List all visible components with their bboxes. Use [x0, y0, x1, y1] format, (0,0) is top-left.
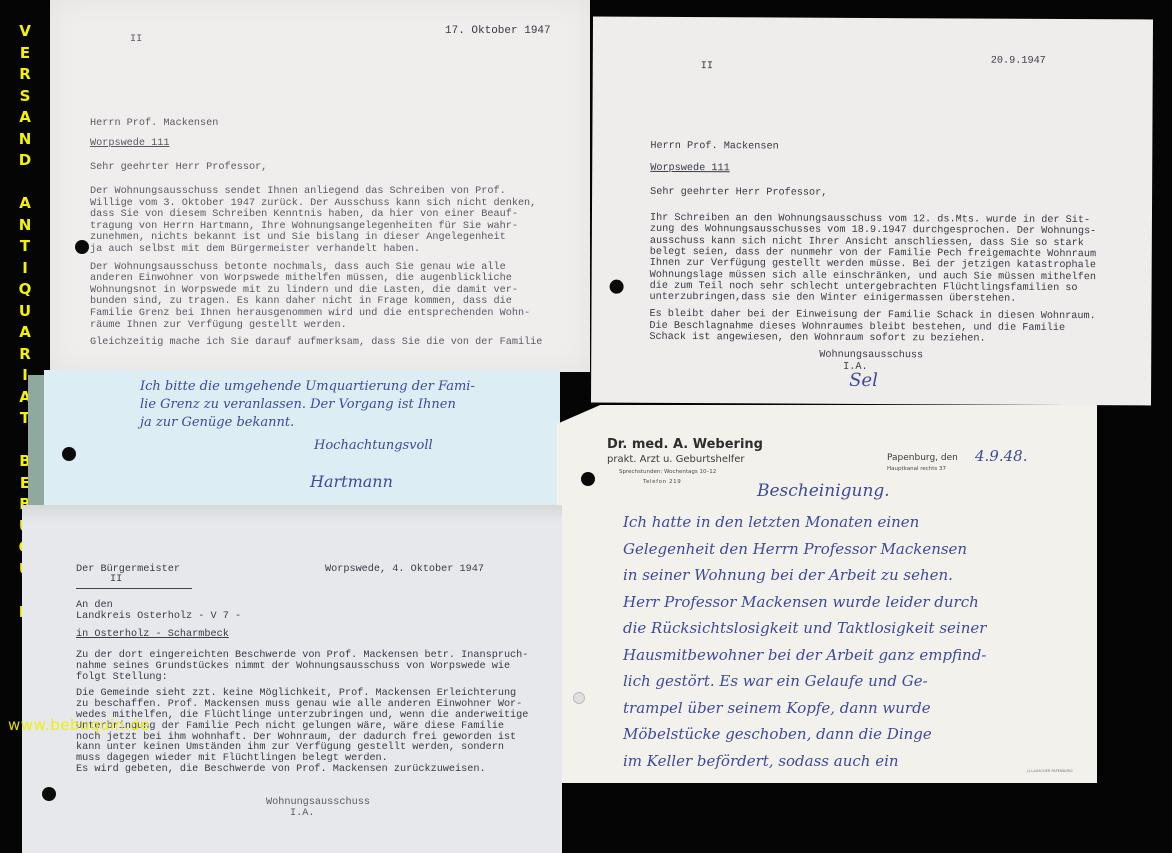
watermark-letter: I [18, 261, 32, 276]
watermark-letter: T [18, 239, 32, 254]
text-line: folgt Stellung: [76, 672, 168, 684]
doctor-certificate: Dr. med. A. Webering prakt. Arzt u. Gebu… [557, 405, 1097, 783]
text-line: Der Wohnungsausschuss betonte nochmals, … [90, 262, 506, 274]
text-line: zunehmen, nichts bekannt ist und Sie bis… [90, 232, 506, 244]
letter-heading: Bescheinigung. [757, 481, 890, 501]
handwriting-line: Ich bitte die umgehende Umquartierung de… [140, 378, 475, 396]
watermark-letter: V [18, 24, 32, 39]
handwriting-line: Herr Professor Mackensen wurde leider du… [623, 589, 986, 616]
letter-20-9-1947: II 20.9.1947 Herrn Prof. Mackensen Worps… [591, 17, 1153, 406]
punch-hole [42, 787, 56, 801]
note-signature: Hartmann [310, 472, 393, 491]
doc1-date: 17. Oktober 1947 [445, 26, 551, 38]
text-line: Willige vom 3. Oktober 1947 zurück. Der … [90, 198, 536, 210]
doc1-address: Worpswede 111 [90, 138, 169, 150]
doc5-to-label: An den [76, 600, 113, 612]
handwriting-line: ja zur Genüge bekannt. [140, 414, 475, 432]
doc2-address: Worpswede 111 [650, 163, 730, 175]
punch-hole-empty [573, 692, 585, 704]
doc2-signature-1: Wohnungsausschuss [819, 350, 923, 362]
watermark-letter: Q [18, 282, 32, 297]
handwriting-line: lich gestört. Es war ein Gelaufe und Ge- [623, 668, 986, 695]
letterhead-name: Dr. med. A. Webering [607, 437, 763, 452]
watermark-letter: R [18, 67, 32, 82]
watermark-letter: R [18, 347, 32, 362]
letterhead-place: Papenburg, den [887, 453, 958, 463]
handwriting-line: Gelegenheit den Herrn Professor Mackense… [623, 536, 986, 563]
text-line: dass Sie von diesem Schreiben Kenntnis h… [90, 209, 518, 221]
letter-17-oktober-1947: II 17. Oktober 1947 Herrn Prof. Mackense… [50, 0, 590, 372]
letter-date: 4.9.48. [975, 447, 1027, 465]
doc2-recipient: Herrn Prof. Mackensen [650, 141, 778, 153]
letter-4-oktober-1947: Der Bürgermeister II Worpswede, 4. Oktob… [22, 505, 562, 853]
note-handwriting: Ich bitte die umgehende Umquartierung de… [140, 378, 475, 432]
doc5-sender: Der Bürgermeister [76, 564, 180, 576]
doc5-signature-1: Wohnungsausschuss [266, 797, 370, 809]
watermark-letter: N [18, 218, 32, 233]
watermark-url: www.bebuquin.de [8, 716, 150, 734]
watermark-letter: A [18, 196, 32, 211]
punch-hole [610, 280, 624, 294]
text-line: ja auch selbst mit dem Bürgermeister ver… [90, 244, 420, 256]
doc2-salutation: Sehr geehrter Herr Professor, [650, 187, 827, 200]
text-line: Der Wohnungsausschuss sendet Ihnen anlie… [90, 186, 506, 198]
watermark-letter: D [18, 153, 32, 168]
doc5-place-date: Worpswede, 4. Oktober 1947 [325, 564, 484, 576]
letterhead-phone: Telefon 219 [643, 479, 681, 485]
text-line: räume Ihnen zur Verfügung gestellt werde… [90, 320, 347, 332]
doc5-to-name: Landkreis Osterholz - V 7 - [76, 611, 241, 623]
handwriting-line: lie Grenz zu veranlassen. Der Vorgang is… [140, 396, 475, 414]
text-line: Gleichzeitig mache ich Sie darauf aufmer… [90, 337, 542, 349]
letterhead-hours: Sprechstunden: Wochentags 10–12 [619, 469, 716, 475]
printer-mark: J.J.LAUSCHER PAPENBURG [1027, 769, 1073, 773]
doc2-ref: II [701, 61, 713, 73]
doc1-recipient: Herrn Prof. Mackensen [90, 118, 218, 130]
doc1-salutation: Sehr geehrter Herr Professor, [90, 162, 267, 174]
watermark-letter: E [18, 46, 32, 61]
text-line: anderen Einwohner von Worpswede mithelfe… [90, 273, 512, 285]
letter-handwriting: Ich hatte in den letzten Monaten einenGe… [623, 509, 986, 774]
punch-hole [75, 240, 89, 254]
doc2-initials: Sel [849, 370, 878, 391]
doc5-to-city: in Osterholz - Scharmbeck [76, 629, 229, 641]
letterhead-street: Hauptkanal rechts 37 [887, 466, 946, 472]
doc2-date: 20.9.1947 [991, 56, 1046, 68]
doc1-ref: II [130, 34, 142, 46]
watermark-letter: S [18, 89, 32, 104]
handwriting-line: Ich hatte in den letzten Monaten einen [623, 509, 986, 536]
text-line: bunden sind, zu tragen. Es kann daher ni… [90, 296, 512, 308]
handwriting-line: Möbelstücke geschoben, dann die Dinge [623, 721, 986, 748]
sender-underline [76, 588, 192, 589]
watermark-letter: A [18, 325, 32, 340]
doc5-signature-2: I.A. [290, 808, 314, 820]
handwritten-note: Ich bitte die umgehende Umquartierung de… [44, 370, 560, 515]
handwriting-line: Hausmitbewohner bei der Arbeit ganz empf… [623, 642, 986, 669]
handwriting-line: in seiner Wohnung bei der Arbeit zu sehe… [623, 562, 986, 589]
watermark-letter: N [18, 132, 32, 147]
punch-hole [62, 447, 76, 461]
watermark-letter: U [18, 304, 32, 319]
text-line: Es wird gebeten, die Beschwerde von Prof… [76, 764, 486, 776]
punch-hole [581, 472, 595, 486]
text-line: Familie Grenz bei Ihnen herausgenommen w… [90, 308, 530, 320]
letterhead-title: prakt. Arzt u. Geburtshelfer [607, 454, 745, 465]
text-line: Wohnungsnot in Worpswede mit zu lindern … [90, 285, 518, 297]
paper-fold [22, 505, 562, 523]
doc5-ref: II [110, 574, 122, 586]
text-line: tragung von Herrn Hartmann, Ihre Wohnung… [90, 221, 518, 233]
text-line: unterzubringen,dass sie den Winter einig… [650, 292, 1017, 306]
handwriting-line: im Keller befördert, sodass auch ein [623, 748, 986, 775]
note-closing: Hochachtungsvoll [314, 438, 433, 453]
text-line: Schack ist angewiesen, den Wohnraum sofo… [649, 332, 985, 345]
handwriting-line: trampel über seinem Kopfe, dann wurde [623, 695, 986, 722]
watermark-letter: A [18, 110, 32, 125]
handwriting-line: die Rücksichtslosigkeit und Taktlosigkei… [623, 615, 986, 642]
